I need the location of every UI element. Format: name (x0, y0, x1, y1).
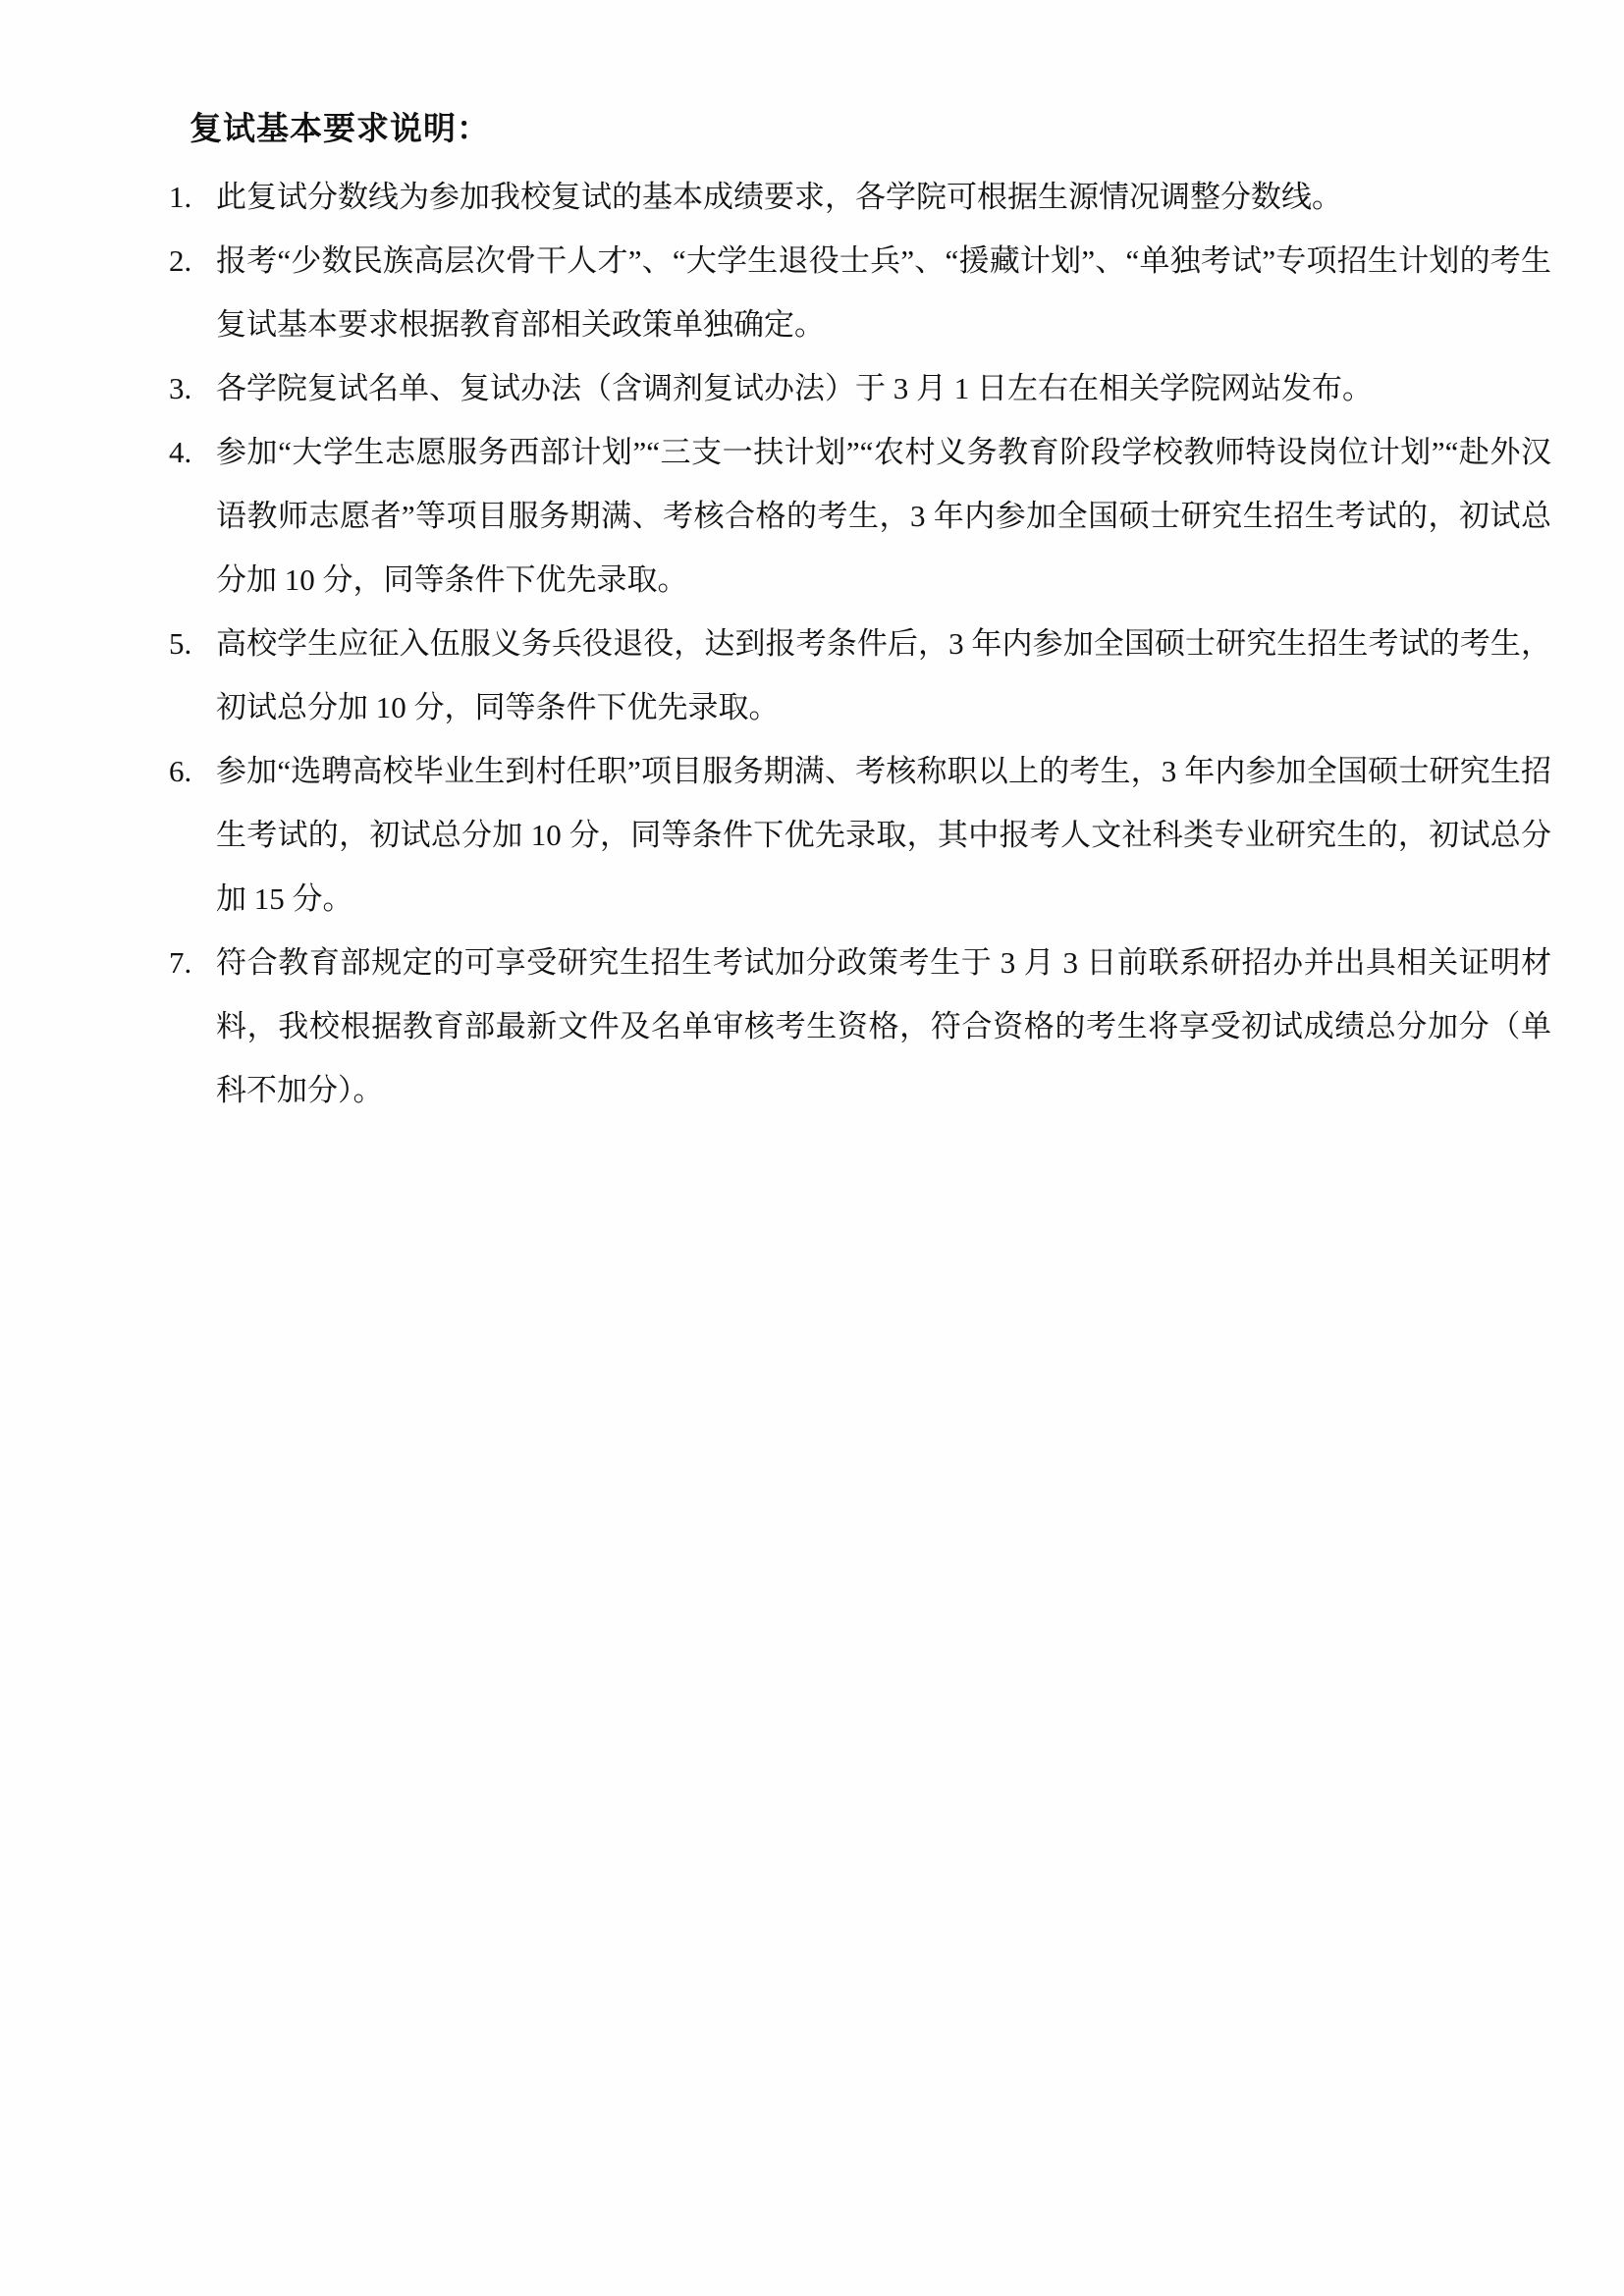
page-title: 复试基本要求说明： (189, 98, 1551, 162)
item-text: 此复试分数线为参加我校复试的基本成绩要求，各学院可根据生源情况调整分数线。 (216, 180, 1342, 214)
document-content: 复试基本要求说明： 1. 此复试分数线为参加我校复试的基本成绩要求，各学院可根据… (169, 98, 1551, 1122)
item-text: 符合教育部规定的可享受研究生招生考试加分政策考生于 3 月 3 日前联系研招办并… (216, 945, 1551, 1107)
item-number: 7. (169, 931, 216, 994)
item-number: 5. (169, 612, 216, 675)
item-text: 各学院复试名单、复试办法（含调剂复试办法）于 3 月 1 日左右在相关学院网站发… (216, 371, 1373, 405)
item-number: 4. (169, 420, 216, 484)
document-page: 复试基本要求说明： 1. 此复试分数线为参加我校复试的基本成绩要求，各学院可根据… (0, 0, 1624, 2296)
item-text: 参加“大学生志愿服务西部计划”“三支一扶计划”“农村义务教育阶段学校教师特设岗位… (216, 435, 1551, 597)
list-item: 3. 各学院复试名单、复试办法（含调剂复试办法）于 3 月 1 日左右在相关学院… (169, 356, 1551, 420)
item-text: 高校学生应征入伍服义务兵役退役，达到报考条件后，3 年内参加全国硕士研究生招生考… (216, 626, 1551, 724)
list-item: 6. 参加“选聘高校毕业生到村任职”项目服务期满、考核称职以上的考生，3 年内参… (169, 739, 1551, 931)
list-item: 4. 参加“大学生志愿服务西部计划”“三支一扶计划”“农村义务教育阶段学校教师特… (169, 420, 1551, 612)
list-item: 7. 符合教育部规定的可享受研究生招生考试加分政策考生于 3 月 3 日前联系研… (169, 931, 1551, 1122)
item-number: 1. (169, 165, 216, 229)
item-text: 报考“少数民族高层次骨干人才”、“大学生退役士兵”、“援藏计划”、“单独考试”专… (216, 243, 1551, 342)
item-text: 参加“选聘高校毕业生到村任职”项目服务期满、考核称职以上的考生，3 年内参加全国… (216, 754, 1551, 916)
item-number: 6. (169, 739, 216, 803)
numbered-list: 1. 此复试分数线为参加我校复试的基本成绩要求，各学院可根据生源情况调整分数线。… (169, 165, 1551, 1122)
list-item: 5. 高校学生应征入伍服义务兵役退役，达到报考条件后，3 年内参加全国硕士研究生… (169, 612, 1551, 739)
list-item: 2. 报考“少数民族高层次骨干人才”、“大学生退役士兵”、“援藏计划”、“单独考… (169, 229, 1551, 356)
item-number: 2. (169, 229, 216, 293)
item-number: 3. (169, 356, 216, 420)
list-item: 1. 此复试分数线为参加我校复试的基本成绩要求，各学院可根据生源情况调整分数线。 (169, 165, 1551, 229)
